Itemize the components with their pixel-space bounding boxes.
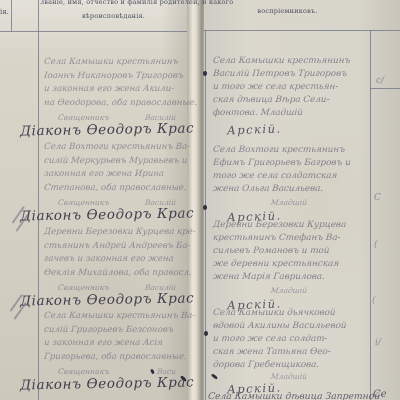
priest-surname-signature: Арскій. <box>227 119 365 138</box>
register-entry: Села Вохтоги крестьянинъ Ефимъ Григорьев… <box>213 144 365 222</box>
entry-text-line: Ефимъ Григорьевъ Багровъ и <box>213 157 366 170</box>
partial-entry-line: Села Камышки дѣвица Запретной <box>208 391 381 400</box>
entry-text-line: и законная его жена Асія <box>44 337 187 351</box>
ink-blot <box>203 71 207 76</box>
book-gutter <box>187 0 204 400</box>
deacon-signature: Діаконъ Ѳеодоръ Крас <box>20 375 186 394</box>
entry-text-line: жена Ольга Васильева. <box>213 183 366 196</box>
margin-text-fragment: ія. <box>0 8 9 16</box>
entry-text-line: стьянинъ Андрей Андреевъ Ба- <box>44 240 187 254</box>
margin-mark: ( <box>372 296 376 306</box>
entry-text-line: и того же села солдат- <box>213 333 366 346</box>
register-entry: Села Камышки крестьянинъ Ва- силій Григо… <box>44 310 186 392</box>
right-column-header: воспріемниковъ. <box>205 7 370 15</box>
entry-text-line: Деревни Березовки Курцева кре- <box>44 226 187 240</box>
left-column-header-line2: вѣроисповѣданія. <box>40 12 187 20</box>
column-rule <box>11 0 12 31</box>
column-rule <box>205 30 206 400</box>
column-rule <box>370 30 371 400</box>
entry-text-line: и того же села крестьян- <box>213 81 366 94</box>
ink-blot <box>204 331 208 336</box>
entry-text-line: крестьянинъ Стефанъ Ва- <box>213 232 366 245</box>
margin-mark: і/ <box>375 338 381 348</box>
entry-text-line: Села Вохтоги крестьянинъ Ва- <box>44 141 187 155</box>
margin-mark: с/ <box>376 76 384 86</box>
entry-text-line: на Ѳеодорова, оба православные. <box>44 97 187 111</box>
register-entry: Села Камышки крестьянинъ Василій Петровъ… <box>213 55 365 135</box>
column-rule <box>38 0 39 400</box>
register-entry: Деревни Березовки Курцева кре- стьянинъ … <box>44 226 186 308</box>
register-entry: Села Камышки крестьянинъ Іоаннъ Никаноро… <box>44 56 186 138</box>
ink-blot <box>203 205 207 210</box>
entry-text-line: гачевъ и законная его жена <box>44 253 187 267</box>
entry-text-line: сильевъ Романовъ и той <box>213 245 366 258</box>
entry-text-line: дорова Гребенщикова. <box>213 359 366 372</box>
entry-text-line: ская жена Татьяна Ѳео- <box>213 346 366 359</box>
entry-text-line: Григорьева, оба православные. <box>44 351 187 365</box>
row-rule <box>370 88 400 89</box>
entry-text-line: жена Марія Гаврилова. <box>213 271 366 284</box>
document-scan: ія. Званіе, имя, отчество и фамилія роди… <box>0 0 400 400</box>
entry-text-line: Села Камышки крестьянинъ Ва- <box>44 310 187 324</box>
left-column-header-line1: Званіе, имя, отчество и фамилія родителе… <box>40 0 187 6</box>
entry-text-line: того же села солдатская <box>213 170 366 183</box>
header-rule <box>0 31 187 32</box>
register-entry: Села Камышки дьячковой вдовой Акилины Ва… <box>213 307 365 394</box>
entry-text-line: Села Камышки крестьянинъ <box>213 55 366 68</box>
entry-text-line: силій Меркурьевъ Муравьевъ и <box>44 155 187 169</box>
entry-text-line: силій Григорьевъ Безсоновъ <box>44 324 187 338</box>
priest-title: Священникъ <box>58 367 110 376</box>
entry-text-line: и законная его жена Акили- <box>44 83 187 97</box>
entry-text-line: Села Вохтоги крестьянинъ <box>213 144 366 157</box>
entry-text-line: Ѳеклія Михайлова, оба правосл. <box>44 267 187 281</box>
margin-mark: ( <box>374 240 378 250</box>
entry-text-line: вдовой Акилины Васильевой <box>213 320 366 333</box>
entry-text-line: ская дѣвица Вѣра Сели- <box>213 94 366 107</box>
register-entry: Деревни Березовки Курцева крестьянинъ Ст… <box>213 219 365 310</box>
entry-text-line: фонтова. Младшій <box>213 107 366 120</box>
entry-text-line: законная его жена Ирина <box>44 168 187 182</box>
entry-text-line: Села Камышки крестьянинъ <box>44 56 187 70</box>
entry-text-line: Села Камышки дьячковой <box>213 307 366 320</box>
entry-text-line: Степанова, оба православные. <box>44 182 187 196</box>
priest-title: Священникъ <box>58 113 110 122</box>
deacon-signature: Діаконъ Ѳеодоръ Крас <box>20 206 186 225</box>
priest-title: Священникъ <box>58 283 110 292</box>
register-entry: Села Вохтоги крестьянинъ Ва- силій Мерку… <box>44 141 186 223</box>
entry-text-line: Іоаннъ Никаноровъ Тригоровъ <box>44 70 187 84</box>
margin-mark: Се <box>373 389 387 400</box>
deacon-signature: Діаконъ Ѳеодоръ Крас <box>20 121 186 140</box>
deacon-signature: Діаконъ Ѳеодоръ Крас <box>20 291 186 310</box>
entry-text-line: же деревни крестьянская <box>213 258 366 271</box>
entry-text-line: Деревни Березовки Курцева <box>213 219 366 232</box>
margin-mark: С <box>374 193 381 203</box>
entry-text-line: Василій Петровъ Тригоровъ <box>213 68 366 81</box>
priest-title: Священникъ <box>58 198 110 207</box>
